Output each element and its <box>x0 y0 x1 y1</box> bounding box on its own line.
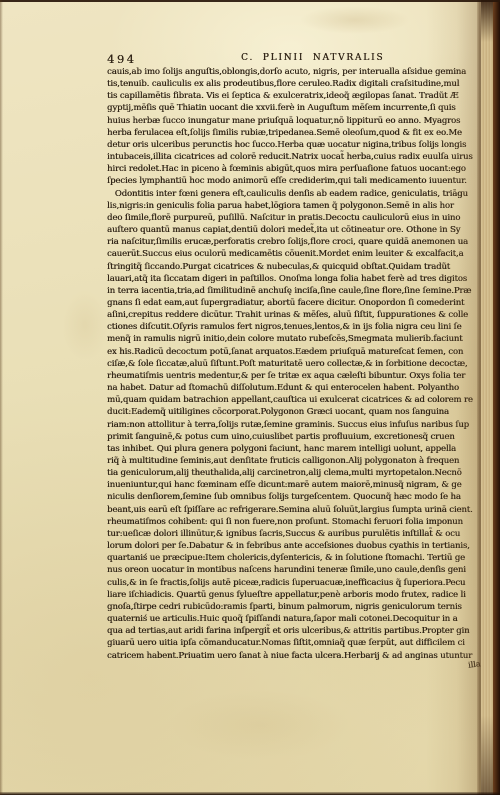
body-text-line: hirci redolet.Hac in piceno à fœminis ab… <box>107 163 479 175</box>
body-text-line: riq̃ à multitudine ſeminis,aut denſitate… <box>107 455 479 467</box>
photo-edge-left <box>0 0 3 795</box>
body-text-line: gnans ſi edat eam,aut ſupergradiatur, ab… <box>107 297 479 309</box>
body-text-line: ciſæ,& ſole ſiccatæ,aluū ſiſtunt.Poſt ma… <box>107 358 479 370</box>
body-text-line: quaterniś ue articulis.Huic quoq̃ ſpiſſa… <box>107 613 479 625</box>
body-text-line: liare iſchiadicis. Quartū genus ſylueſtr… <box>107 589 479 601</box>
paper-stain <box>300 6 410 34</box>
body-text-line: in terra iacentia,tria,ad ſimilitudinē a… <box>107 285 479 297</box>
body-text-line: cauis,ab imo ſolijs anguſtis,oblongis,do… <box>107 66 479 78</box>
body-text-line: huius herbæ ſucco inungatur mane priuſqu… <box>107 115 479 127</box>
body-text-block: cauis,ab imo ſolijs anguſtis,oblongis,do… <box>107 66 479 662</box>
body-text-line: ducit:Eademq̃ uitiligines cōcorporat.Pol… <box>107 406 479 418</box>
body-text-line: giuarū uero uitia ipſa cōmanducatur.Noma… <box>107 637 479 649</box>
body-text-line: rheumatiſmos cohibent: qui ſi non fuere,… <box>107 516 479 528</box>
body-text-line: detur oris ulceribus perunctis hoc ſucco… <box>107 139 479 151</box>
book-page-photo: 494 C. PLINII NATVRALIS cauis,ab imo ſol… <box>0 0 500 795</box>
body-text-line: gnoſa,ſtirpe cedri rubicūdo:ramis ſparti… <box>107 601 479 613</box>
body-text-line: tis,tenuib. cauliculis ex alis prodeutib… <box>107 78 479 90</box>
body-text-line: lauari,atq̃ ita ſiccatam digeri in paſti… <box>107 273 479 285</box>
body-text-line: culis,& in ſe fractis,ſolijs autē piceæ,… <box>107 577 479 589</box>
body-text-line: Odontitis inter fœni genera eſt,caulicul… <box>107 188 479 200</box>
body-text-line: niculis denſiorem,ſemine ſub omnibus ſol… <box>107 491 479 503</box>
body-text-line: primit ſanguinē,& potus cum uino,cuiusli… <box>107 431 479 443</box>
page-number: 494 <box>107 52 136 66</box>
body-text-line: auſtero quantū manus capiat,dentiū dolor… <box>107 224 479 236</box>
body-text-line: tas inhibet. Qui plura genera polygoni f… <box>107 443 479 455</box>
running-header: C. PLINII NATVRALIS <box>241 53 384 63</box>
body-text-line: intubaceis,illita cicatrices ad colorē r… <box>107 151 479 163</box>
body-text-line: inueniuntur,qui hanc fœminam eſſe dicunt… <box>107 479 479 491</box>
body-text-line: rheumatiſmis uentris medentur,& per ſe t… <box>107 370 479 382</box>
body-text-line: tur:ueſicæ dolori illinūtur,& ignibus ſa… <box>107 528 479 540</box>
body-text-line: menq̃ in ramulis nigrū initio,dein color… <box>107 333 479 345</box>
body-text-line: quartaniś ue præcipue:Item cholericis,dy… <box>107 552 479 564</box>
body-text-line: gyptij,mēſis quē Thiatin uocant die xxvi… <box>107 102 479 114</box>
body-text-line: cauerūt.Succus eius oculorū medicamētis … <box>107 248 479 260</box>
body-text-line: tis capillamētis fibrata. Vis ei ſeptica… <box>107 90 479 102</box>
body-text-line: beant,uis earū eſt ſpiſſare ac refrigera… <box>107 504 479 516</box>
body-text-line: qua ad tertias,aut aridi farina inſpergi… <box>107 625 479 637</box>
body-text-line: lorum dolori per ſe.Dabatur & in febribu… <box>107 540 479 552</box>
book-gutter-shadow <box>493 0 500 795</box>
body-text-line: lis,nigris:in geniculis folia parua habe… <box>107 200 479 212</box>
body-text-line: mū,quam quidam batrachion appellant,cauſ… <box>107 394 479 406</box>
paper-stain <box>170 690 350 760</box>
body-text-line: deo ſimile,florē purpureū, puſillū. Naſc… <box>107 212 479 224</box>
paper-stain <box>62 290 108 360</box>
body-text-line: ria naſcitur,ſimilis erucæ,perforatis cr… <box>107 236 479 248</box>
body-text-line: nus oreon uocatur in montibus naſcens ha… <box>107 564 479 576</box>
body-text-line: herba ferulacea eſt,ſolijs ſimilis rubiæ… <box>107 127 479 139</box>
body-text-line: tia geniculorum,alij theuthalida,alij ca… <box>107 467 479 479</box>
body-text-line: ctiones diſcutit.Oſyris ramulos fert nig… <box>107 321 479 333</box>
photo-edge-top <box>0 0 500 2</box>
body-text-line: catricem habent.Priuatim uero ſanat à ni… <box>107 650 479 662</box>
body-text-line: ex his.Radicū decoctum potū,ſanat arquat… <box>107 346 479 358</box>
body-text-line: na habet. Datur ad ſtomachū diſſolutum.E… <box>107 382 479 394</box>
page-curve-shade <box>426 0 482 795</box>
body-text-line: riam:non attollitur à terra,ſolijs rutæ,… <box>107 419 479 431</box>
body-text-line: ſtringitq̃ ſiccando.Purgat cicatrices & … <box>107 261 479 273</box>
body-text-line: aſini,crepitus reddere dicūtur. Trahit u… <box>107 309 479 321</box>
body-text-line: ſpecies lymphantiū hoc modo animorū eſſe… <box>107 175 479 187</box>
